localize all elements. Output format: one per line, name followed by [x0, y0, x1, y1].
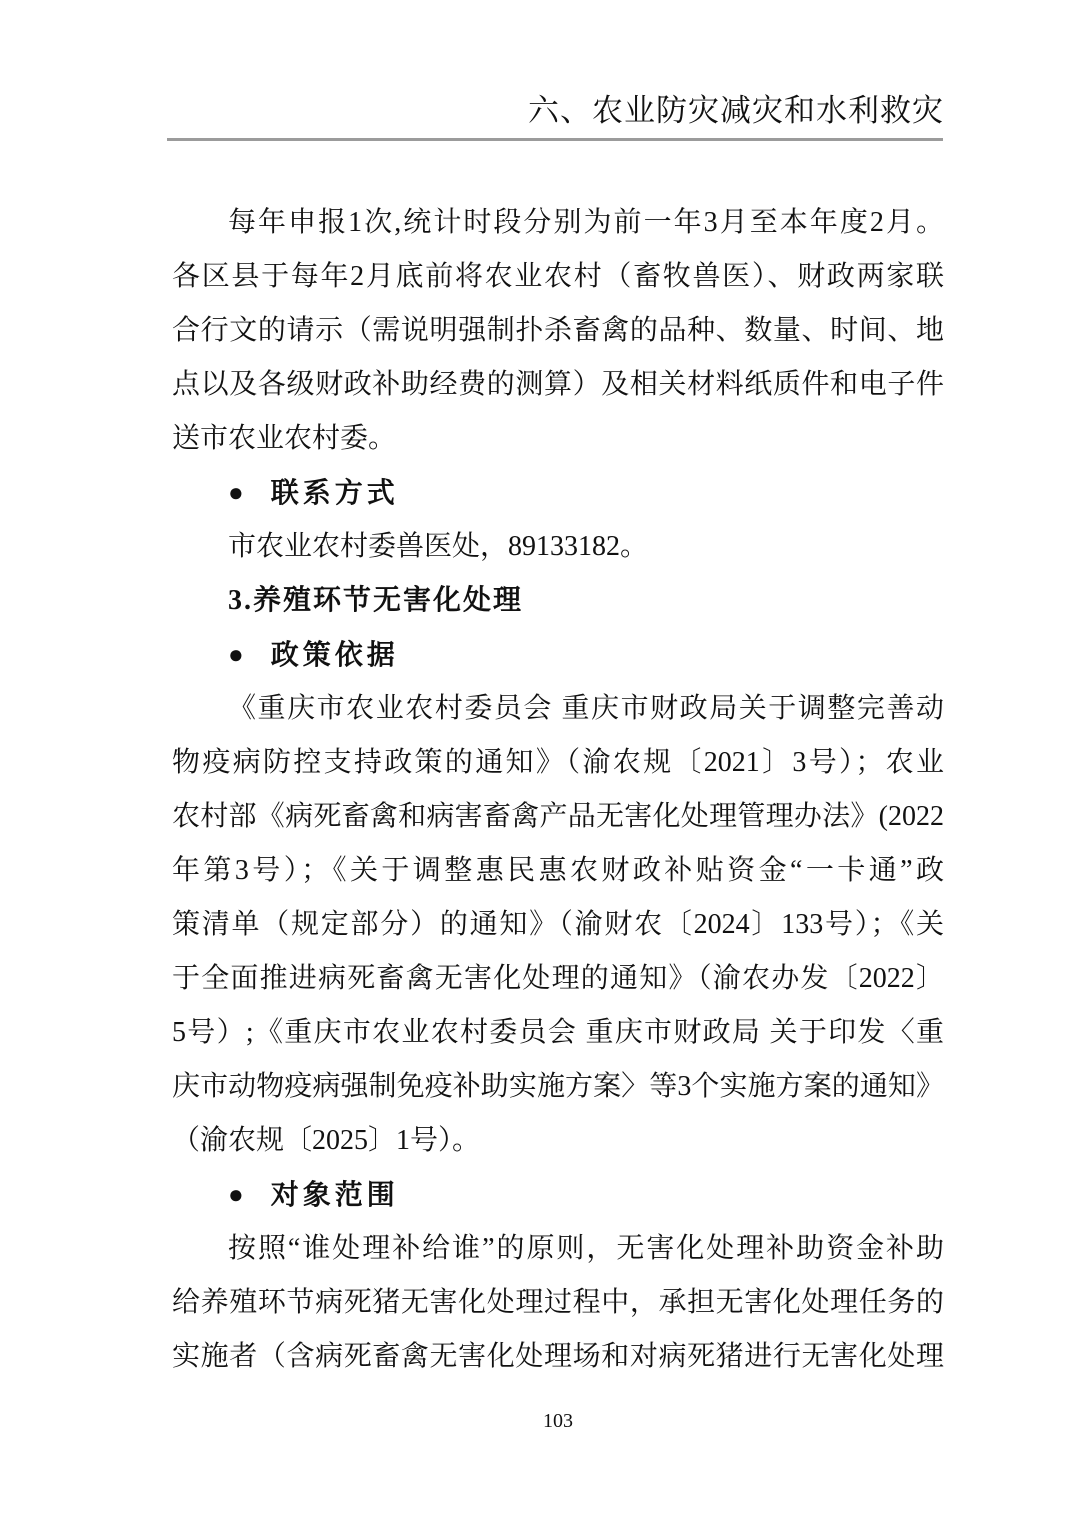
running-header-title: 六、农业防灾减灾和水利救灾 [172, 88, 944, 134]
header-divider [167, 138, 943, 141]
paragraph-line: 各区县于每年2月底前将农业农村（畜牧兽医）、财政两家联 [172, 250, 944, 304]
document-page: 六、农业防灾减灾和水利救灾 每年申报1次,统计时段分别为前一年3月至本年度2月。… [0, 0, 1074, 1520]
paragraph-line: 5号）;《重庆市农业农村委员会 重庆市财政局 关于印发〈重 [172, 1006, 944, 1060]
paragraph-line: 每年申报1次,统计时段分别为前一年3月至本年度2月。 [172, 196, 944, 250]
paragraph-line: （渝农规〔2025〕1号）。 [172, 1114, 944, 1168]
paragraph-line: 市农业农村委兽医处，89133182。 [172, 520, 944, 574]
page-number: 103 [172, 1406, 944, 1436]
section-heading: 3.养殖环节无害化处理 [172, 574, 944, 628]
paragraph-line: 《重庆市农业农村委员会 重庆市财政局关于调整完善动 [172, 682, 944, 736]
paragraph-line: 给养殖环节病死猪无害化处理过程中，承担无害化处理任务的 [172, 1276, 944, 1330]
paragraph-line: 点以及各级财政补助经费的测算）及相关材料纸质件和电子件 [172, 358, 944, 412]
bullet-label: 联系方式 [271, 478, 399, 509]
bullet-icon: ● [228, 640, 244, 669]
paragraph-line: 农村部《病死畜禽和病害畜禽产品无害化处理管理办法》(2022 [172, 790, 944, 844]
paragraph-line: 物疫病防控支持政策的通知》（渝农规〔2021〕3号）；农业 [172, 736, 944, 790]
paragraph-line: 合行文的请示（需说明强制扑杀畜禽的品种、数量、时间、地 [172, 304, 944, 358]
bullet-item-scope: ● 对象范围 [172, 1168, 944, 1222]
paragraph-line: 按照“谁处理补给谁”的原则，无害化处理补助资金补助 [172, 1222, 944, 1276]
paragraph-line: 送市农业农村委。 [172, 412, 944, 466]
bullet-item-policy-basis: ● 政策依据 [172, 628, 944, 682]
paragraph-line: 年第3号）；《关于调整惠民惠农财政补贴资金“一卡通”政 [172, 844, 944, 898]
bullet-icon: ● [228, 1180, 244, 1209]
paragraph-line: 策清单（规定部分）的通知》（渝财农〔2024〕133号）；《关 [172, 898, 944, 952]
bullet-icon: ● [228, 478, 244, 507]
bullet-item-contact: ● 联系方式 [172, 466, 944, 520]
paragraph-line: 实施者（含病死畜禽无害化处理场和对病死猪进行无害化处理 [172, 1330, 944, 1384]
document-body: 每年申报1次,统计时段分别为前一年3月至本年度2月。 各区县于每年2月底前将农业… [172, 196, 944, 1384]
paragraph-line: 于全面推进病死畜禽无害化处理的通知》（渝农办发〔2022〕 [172, 952, 944, 1006]
paragraph-line: 庆市动物疫病强制免疫补助实施方案〉等3个实施方案的通知》 [172, 1060, 944, 1114]
bullet-label: 对象范围 [271, 1180, 399, 1211]
bullet-label: 政策依据 [271, 640, 399, 671]
